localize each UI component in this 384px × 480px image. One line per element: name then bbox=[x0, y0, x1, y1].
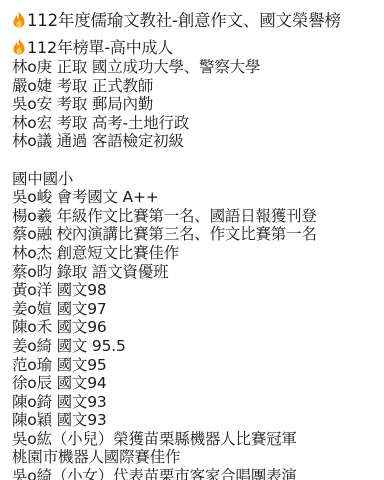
list-item: 蔡o昀 錄取 語文資優班 bbox=[12, 263, 380, 282]
list-item: 姜o綺 國文 95.5 bbox=[12, 337, 380, 356]
list-item: 范o瑜 國文95 bbox=[12, 356, 380, 375]
list-item: 陳o穎 國文93 bbox=[12, 411, 380, 430]
list-item: 吳o峻 會考國文 A++ bbox=[12, 188, 380, 207]
list-item: 陳o錡 國文93 bbox=[12, 393, 380, 412]
list-item: 楊o羲 年級作文比賽第一名、國語日報獲刊登 bbox=[12, 207, 380, 226]
list-item: 蔡o融 校內演講比賽第三名、作文比賽第一名 bbox=[12, 225, 380, 244]
list-item: 吳o安 考取 郵局內勤 bbox=[12, 95, 380, 114]
list-item: 林o杰 創意短文比賽佳作 bbox=[12, 244, 380, 263]
junior-section-heading: 國中國小 bbox=[12, 170, 380, 189]
list-item: 吳o綺（小女）代表苗栗市客家合唱團表演 bbox=[12, 467, 380, 480]
list-item: 吳o紘（小兒）榮獲苗栗縣機器人比賽冠軍 bbox=[12, 430, 380, 449]
list-item: 嚴o婕 考取 正式教師 bbox=[12, 77, 380, 96]
list-item: 陳o禾 國文96 bbox=[12, 318, 380, 337]
list-item: 徐o辰 國文94 bbox=[12, 374, 380, 393]
list-item: 林o庚 正取 國立成功大學、警察大學 bbox=[12, 58, 380, 77]
list-item: 黃o洋 國文98 bbox=[12, 281, 380, 300]
fire-icon bbox=[12, 11, 26, 28]
blank-line bbox=[12, 151, 380, 170]
list-item: 林o議 通過 客語檢定初級 bbox=[12, 132, 380, 151]
list-item: 姜o媗 國文97 bbox=[12, 300, 380, 319]
fire-icon bbox=[12, 38, 26, 55]
list-item: 桃園市機器人國際賽佳作 bbox=[12, 448, 380, 467]
junior-section-list: 吳o峻 會考國文 A++ 楊o羲 年級作文比賽第一名、國語日報獲刊登 蔡o融 校… bbox=[12, 188, 380, 480]
post-title-line: 112年度儒瑜文教社-創意作文、國文榮譽榜 bbox=[12, 10, 380, 32]
adult-section-heading: 112年榜單-高中成人 bbox=[27, 38, 173, 57]
list-item: 林o宏 考取 高考-土地行政 bbox=[12, 114, 380, 133]
post-body: 112年度儒瑜文教社-創意作文、國文榮譽榜 112年榜單-高中成人 林o庚 正取… bbox=[12, 10, 380, 480]
post-title: 112年度儒瑜文教社-創意作文、國文榮譽榜 bbox=[27, 11, 341, 30]
adult-section-list: 林o庚 正取 國立成功大學、警察大學 嚴o婕 考取 正式教師 吳o安 考取 郵局… bbox=[12, 58, 380, 151]
adult-section-heading-line: 112年榜單-高中成人 bbox=[12, 38, 380, 58]
